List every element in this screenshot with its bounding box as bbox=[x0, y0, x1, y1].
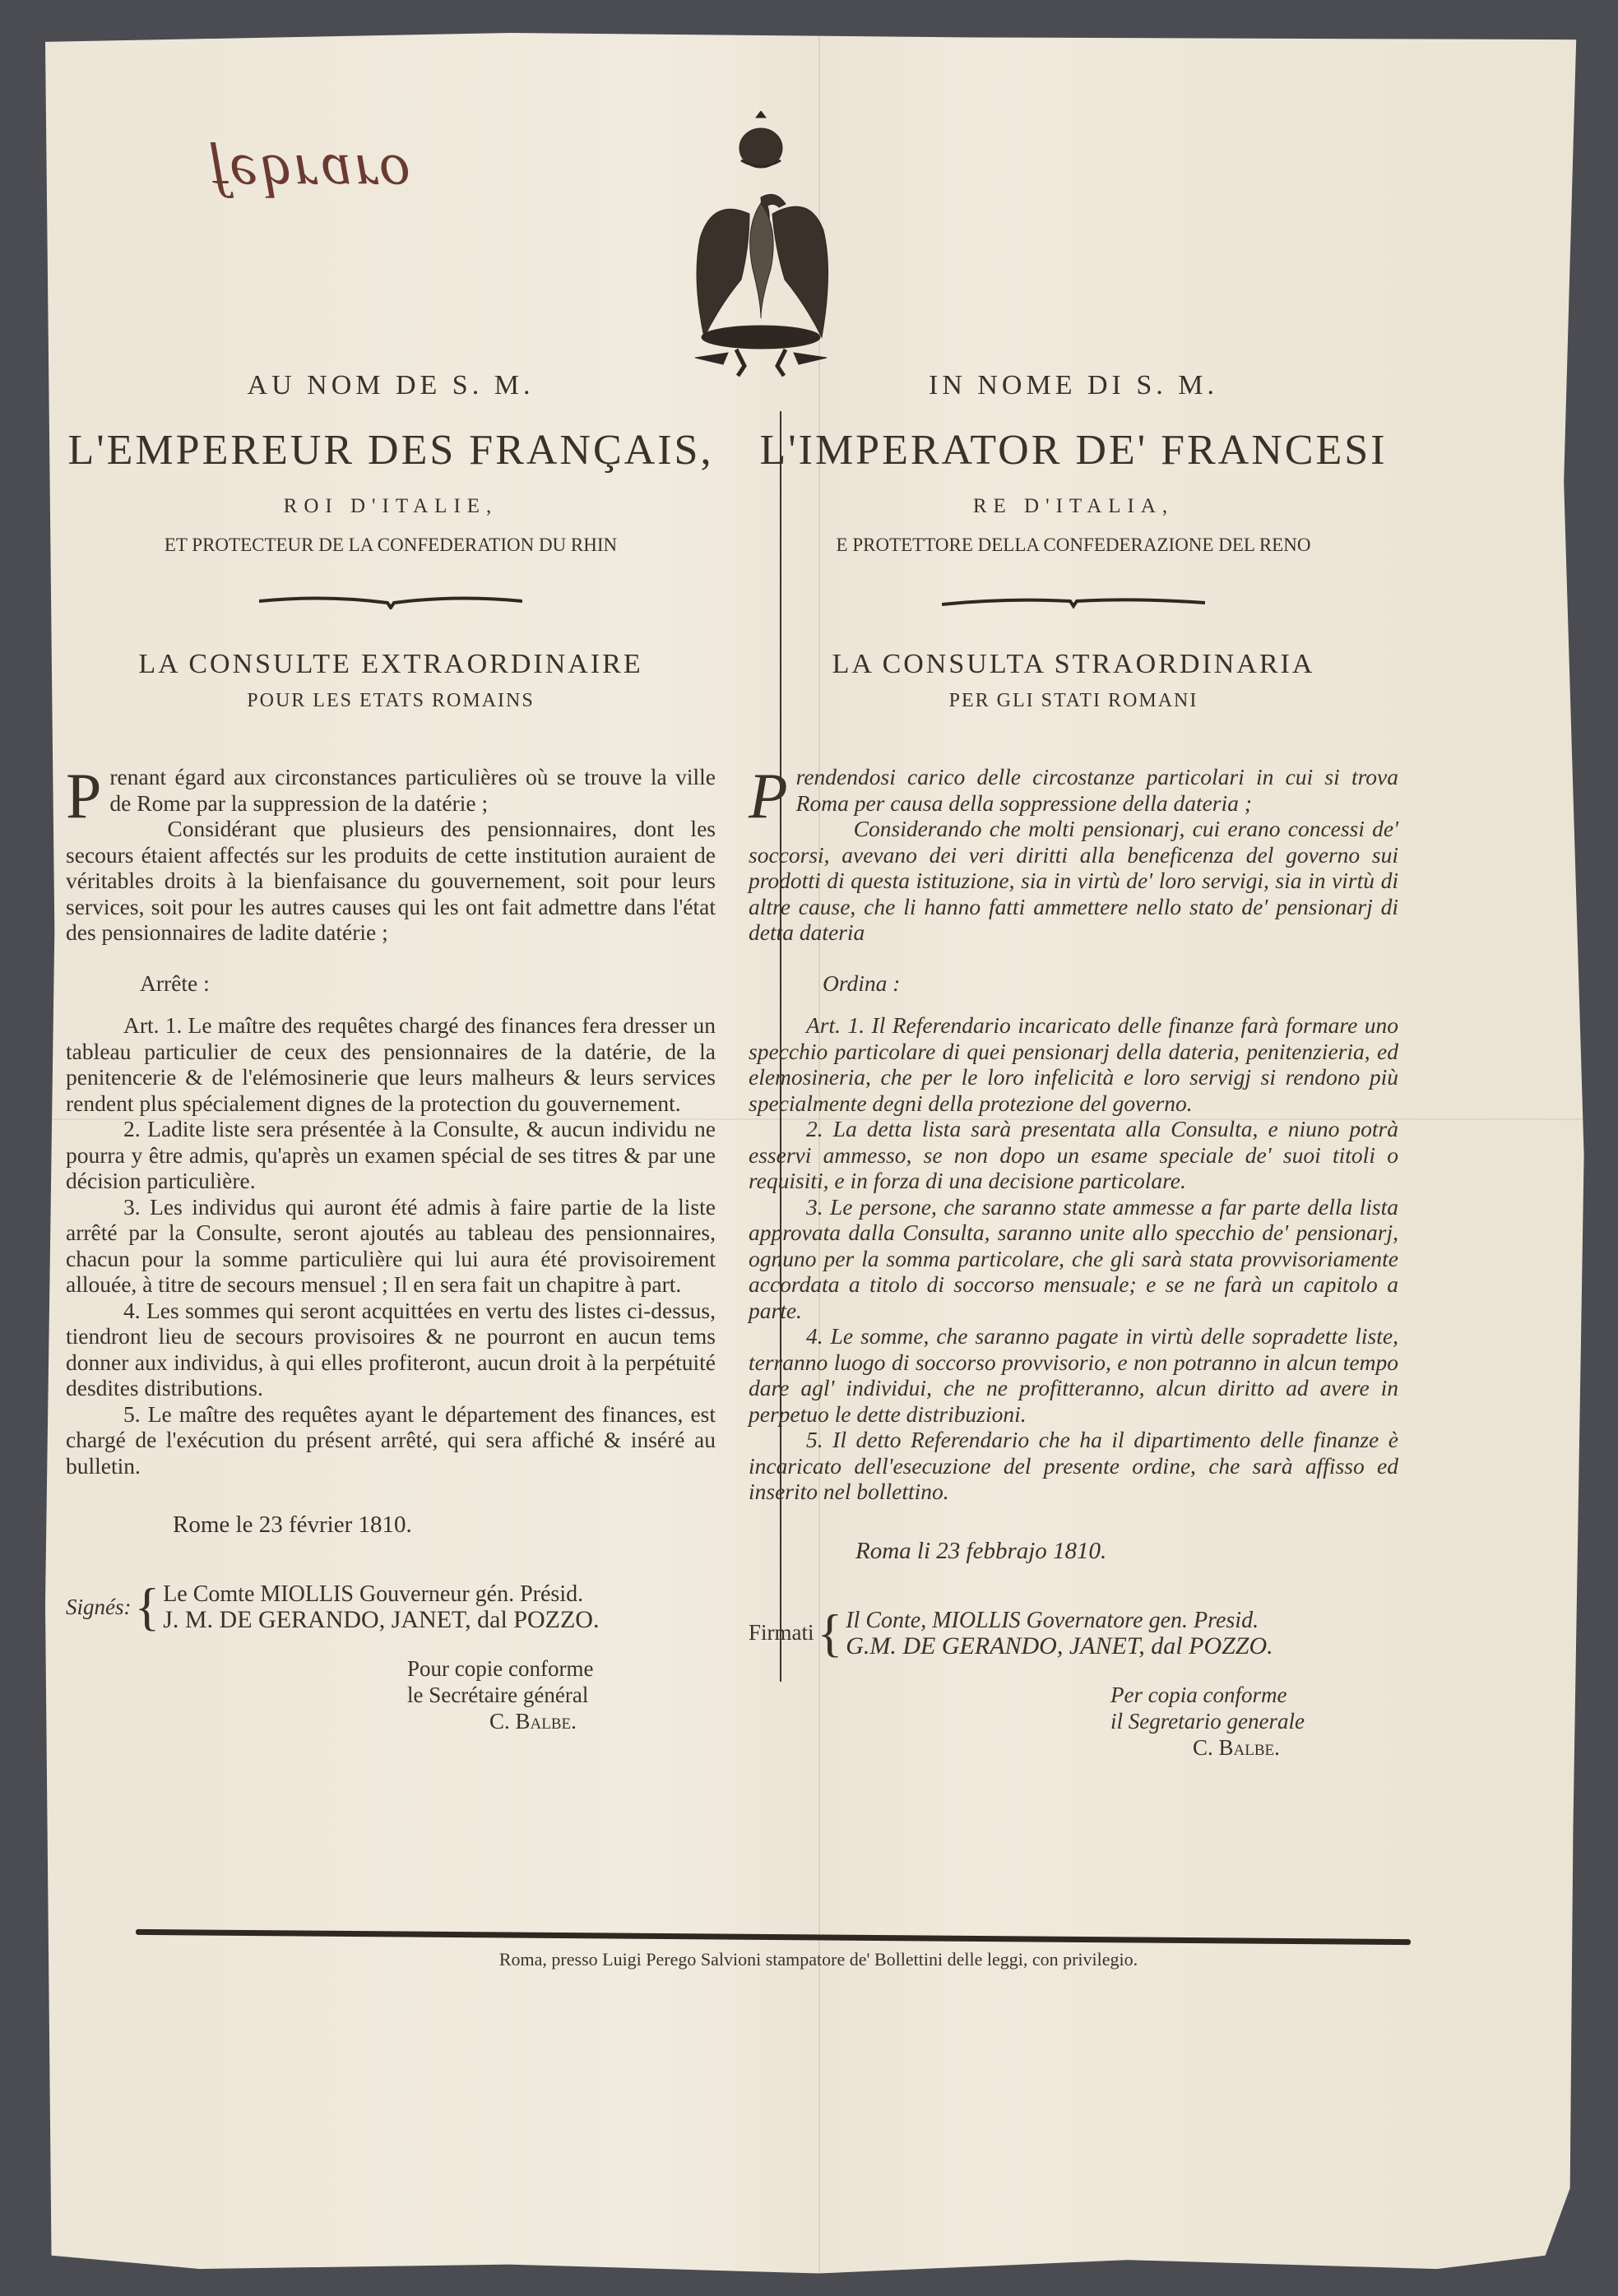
it-signatures: Firmati { Il Conte, MIOLLIS Governatore … bbox=[749, 1608, 1398, 1659]
italian-column: IN NOME DI S. M. L'IMPERATOR DE' FRANCES… bbox=[749, 362, 1398, 1761]
fr-title: L'EMPEREUR DES FRANÇAIS, bbox=[66, 418, 716, 484]
fr-body: Prenant égard aux circonstances particul… bbox=[66, 764, 716, 1479]
fr-verb: Arrête : bbox=[66, 970, 716, 997]
fr-article-2: 2. Ladite liste sera présentée à la Cons… bbox=[66, 1116, 716, 1194]
it-consulta: LA CONSULTA STRAORDINARIA bbox=[749, 649, 1398, 690]
it-dropcap: P bbox=[749, 771, 788, 822]
it-article-1: Art. 1. Il Referendario incaricato delle… bbox=[749, 1012, 1398, 1116]
ornament-rule-icon bbox=[259, 593, 522, 609]
it-intro-1: rendendosi carico delle circostanze part… bbox=[796, 764, 1398, 816]
handwritten-note: febraro bbox=[210, 140, 413, 210]
fr-intro-2: Considérant que plusieurs des pensionnai… bbox=[66, 816, 716, 946]
bottom-rule bbox=[136, 1929, 1411, 1945]
it-article-2: 2. La detta lista sarà presentata alla C… bbox=[749, 1116, 1398, 1194]
it-copy-block: Per copia conforme il Segretario general… bbox=[749, 1682, 1398, 1761]
fr-article-1: Art. 1. Le maître des requêtes chargé de… bbox=[66, 1012, 716, 1116]
it-intro-2: Considerando che molti pensionarj, cui e… bbox=[749, 816, 1398, 946]
fr-copy-block: Pour copie conforme le Secrétaire généra… bbox=[66, 1655, 716, 1734]
fr-signed-label: Signés: bbox=[66, 1595, 131, 1620]
it-in-nome: IN NOME DI S. M. bbox=[749, 370, 1398, 418]
fr-date: Rome le 23 février 1810. bbox=[66, 1511, 716, 1539]
fr-au-nom: AU NOM DE S. M. bbox=[66, 370, 716, 418]
it-re: RE D'ITALIA, bbox=[749, 484, 1398, 529]
fr-article-5: 5. Le maître des requêtes ayant le dépar… bbox=[66, 1401, 716, 1479]
french-column: AU NOM DE S. M. L'EMPEREUR DES FRANÇAIS,… bbox=[66, 362, 716, 1734]
it-copy-line-2: il Segretario generale bbox=[1110, 1708, 1398, 1734]
fr-signatures: Signés: { Le Comte MIOLLIS Gouverneur gé… bbox=[66, 1581, 716, 1632]
it-protettore: E PROTETTORE DELLA CONFEDERAZIONE DEL RE… bbox=[749, 529, 1398, 578]
it-signed-label: Firmati bbox=[749, 1620, 814, 1646]
fr-article-3: 3. Les individus qui auront été admis à … bbox=[66, 1194, 716, 1298]
it-per: PER GLI STATI ROMANI bbox=[749, 690, 1398, 739]
fr-intro-1: renant égard aux circonstances particuli… bbox=[109, 764, 716, 816]
it-article-3: 3. Le persone, che saranno state ammesse… bbox=[749, 1194, 1398, 1324]
fr-copy-line-1: Pour copie conforme bbox=[407, 1655, 716, 1682]
it-article-4: 4. Le somme, che saranno pagate in virtù… bbox=[749, 1323, 1398, 1427]
fr-signatory-2: J. M. DE GERANDO, JANET, dal POZZO. bbox=[163, 1607, 599, 1632]
it-title: L'IMPERATOR DE' FRANCESI bbox=[749, 418, 1398, 484]
fr-protecteur: ET PROTECTEUR DE LA CONFEDERATION DU RHI… bbox=[66, 529, 716, 578]
it-body: Prendendosi carico delle circostanze par… bbox=[749, 764, 1398, 1505]
brace-icon: { bbox=[818, 1609, 843, 1658]
it-date: Roma li 23 febbrajo 1810. bbox=[749, 1538, 1398, 1565]
brace-icon: { bbox=[134, 1582, 160, 1632]
ornament-rule-icon bbox=[942, 593, 1205, 609]
fr-copy-line-2: le Secrétaire général bbox=[407, 1682, 716, 1708]
fr-copy-name: C. Balbe. bbox=[407, 1708, 716, 1734]
it-copy-line-1: Per copia conforme bbox=[1110, 1682, 1398, 1708]
fr-roi: ROI D'ITALIE, bbox=[66, 484, 716, 529]
fr-signatory-1: Le Comte MIOLLIS Gouverneur gén. Présid. bbox=[163, 1581, 599, 1607]
fr-article-4: 4. Les sommes qui seront acquittées en v… bbox=[66, 1298, 716, 1401]
printer-imprint: Roma, presso Luigi Perego Salvioni stamp… bbox=[45, 1949, 1592, 1970]
it-article-5: 5. Il detto Referendario che ha il dipar… bbox=[749, 1427, 1398, 1505]
fr-pour: POUR LES ETATS ROMAINS bbox=[66, 690, 716, 739]
it-signatory-1: Il Conte, MIOLLIS Governatore gen. Presi… bbox=[846, 1608, 1273, 1633]
it-copy-name: C. Balbe. bbox=[1110, 1734, 1398, 1761]
it-verb: Ordina : bbox=[749, 970, 1398, 997]
imperial-eagle-icon bbox=[670, 111, 851, 382]
it-signatory-2: G.M. DE GERANDO, JANET, dal POZZO. bbox=[846, 1633, 1273, 1659]
fr-dropcap: P bbox=[66, 771, 101, 822]
fr-consulte: LA CONSULTE EXTRAORDINAIRE bbox=[66, 649, 716, 690]
